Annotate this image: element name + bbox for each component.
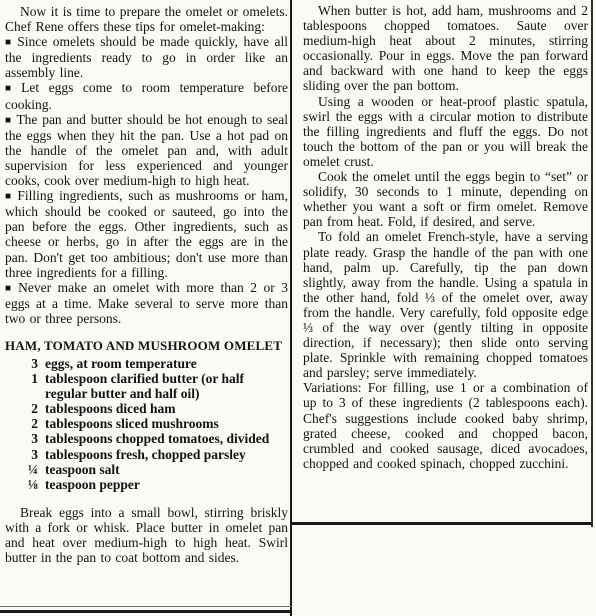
paragraph-text: The pan and butter should be hot enough … (5, 112, 288, 188)
right-edge-rule (591, 0, 593, 527)
ingredient-quantity: 2 (5, 416, 45, 431)
bulleted-tip: ■Filling ingredients, such as mushrooms … (5, 188, 288, 280)
ingredient-line: ⅛teaspoon pepper (5, 477, 288, 492)
paragraph: Now it is time to prepare the omelet or … (5, 4, 288, 34)
ingredient-text: tablespoon clarified butter (or half reg… (45, 371, 288, 401)
paragraph-text: Since omelets should be made quickly, ha… (5, 34, 288, 80)
bulleted-tip: ■Since omelets should be made quickly, h… (5, 34, 288, 80)
ingredient-quantity: 1 (5, 371, 45, 401)
right-column-bottom-rule (292, 522, 592, 525)
ingredient-quantity: 3 (5, 431, 45, 446)
bulleted-tip: ■The pan and butter should be hot enough… (5, 112, 288, 188)
bullet-square-icon: ■ (5, 283, 13, 294)
right-column: When butter is hot, add ham, mushrooms a… (303, 0, 588, 471)
ingredient-line: 2tablespoons sliced mushrooms (5, 416, 288, 431)
ingredient-text: tablespoons fresh, chopped parsley (45, 447, 288, 462)
paragraph: Variations: For filling, use 1 or a comb… (303, 380, 588, 471)
ingredient-quantity: 3 (5, 447, 45, 462)
ingredient-text: tablespoons sliced mushrooms (45, 416, 288, 431)
ingredient-text: eggs, at room temperature (45, 356, 288, 371)
ingredient-line: 3tablespoons chopped tomatoes, divided (5, 431, 288, 446)
bullet-square-icon: ■ (5, 191, 12, 202)
bullet-square-icon: ■ (5, 83, 16, 94)
bulleted-tip: ■Never make an omelet with more than 2 o… (5, 280, 288, 326)
ingredient-quantity: 3 (5, 356, 45, 371)
newspaper-clipping: Now it is time to prepare the omelet or … (0, 0, 596, 616)
paragraph: Break eggs into a small bowl, stirring b… (5, 505, 288, 565)
ingredient-line: 3tablespoons fresh, chopped parsley (5, 447, 288, 462)
ingredient-quantity: ⅛ (5, 477, 45, 492)
ingredient-line: 1tablespoon clarified butter (or half re… (5, 371, 288, 401)
ingredient-line: 2tablespoons diced ham (5, 401, 288, 416)
ingredient-line: ¼teaspoon salt (5, 462, 288, 477)
left-column-bottom-rule-thin (0, 606, 292, 607)
recipe-title: HAM, TOMATO AND MUSHROOM OMELET (5, 338, 288, 353)
ingredient-text: teaspoon salt (45, 462, 288, 477)
paragraph-text: Never make an omelet with more than 2 or… (5, 280, 288, 326)
ingredient-text: tablespoons diced ham (45, 401, 288, 416)
left-column-bottom-rule (0, 610, 292, 613)
paragraph: When butter is hot, add ham, mushrooms a… (303, 3, 588, 94)
bullet-square-icon: ■ (5, 115, 11, 126)
bulleted-tip: ■Let eggs come to room temperature befor… (5, 80, 288, 111)
ingredient-quantity: ¼ (5, 462, 45, 477)
paragraph: Cook the omelet until the eggs begin to … (303, 169, 588, 229)
ingredient-text: teaspoon pepper (45, 477, 288, 492)
ingredient-line: 3eggs, at room temperature (5, 356, 288, 371)
ingredient-quantity: 2 (5, 401, 45, 416)
bullet-square-icon: ■ (5, 37, 12, 48)
paragraph-text: Filling ingredients, such as mushrooms o… (5, 188, 288, 279)
paragraph-text: Let eggs come to room temperature before… (5, 80, 288, 111)
left-column: Now it is time to prepare the omelet or … (5, 0, 288, 565)
paragraph: Using a wooden or heat-proof plastic spa… (303, 94, 588, 169)
paragraph: To fold an omelet French-style, have a s… (303, 229, 588, 380)
ingredient-text: tablespoons chopped tomatoes, divided (45, 431, 288, 446)
